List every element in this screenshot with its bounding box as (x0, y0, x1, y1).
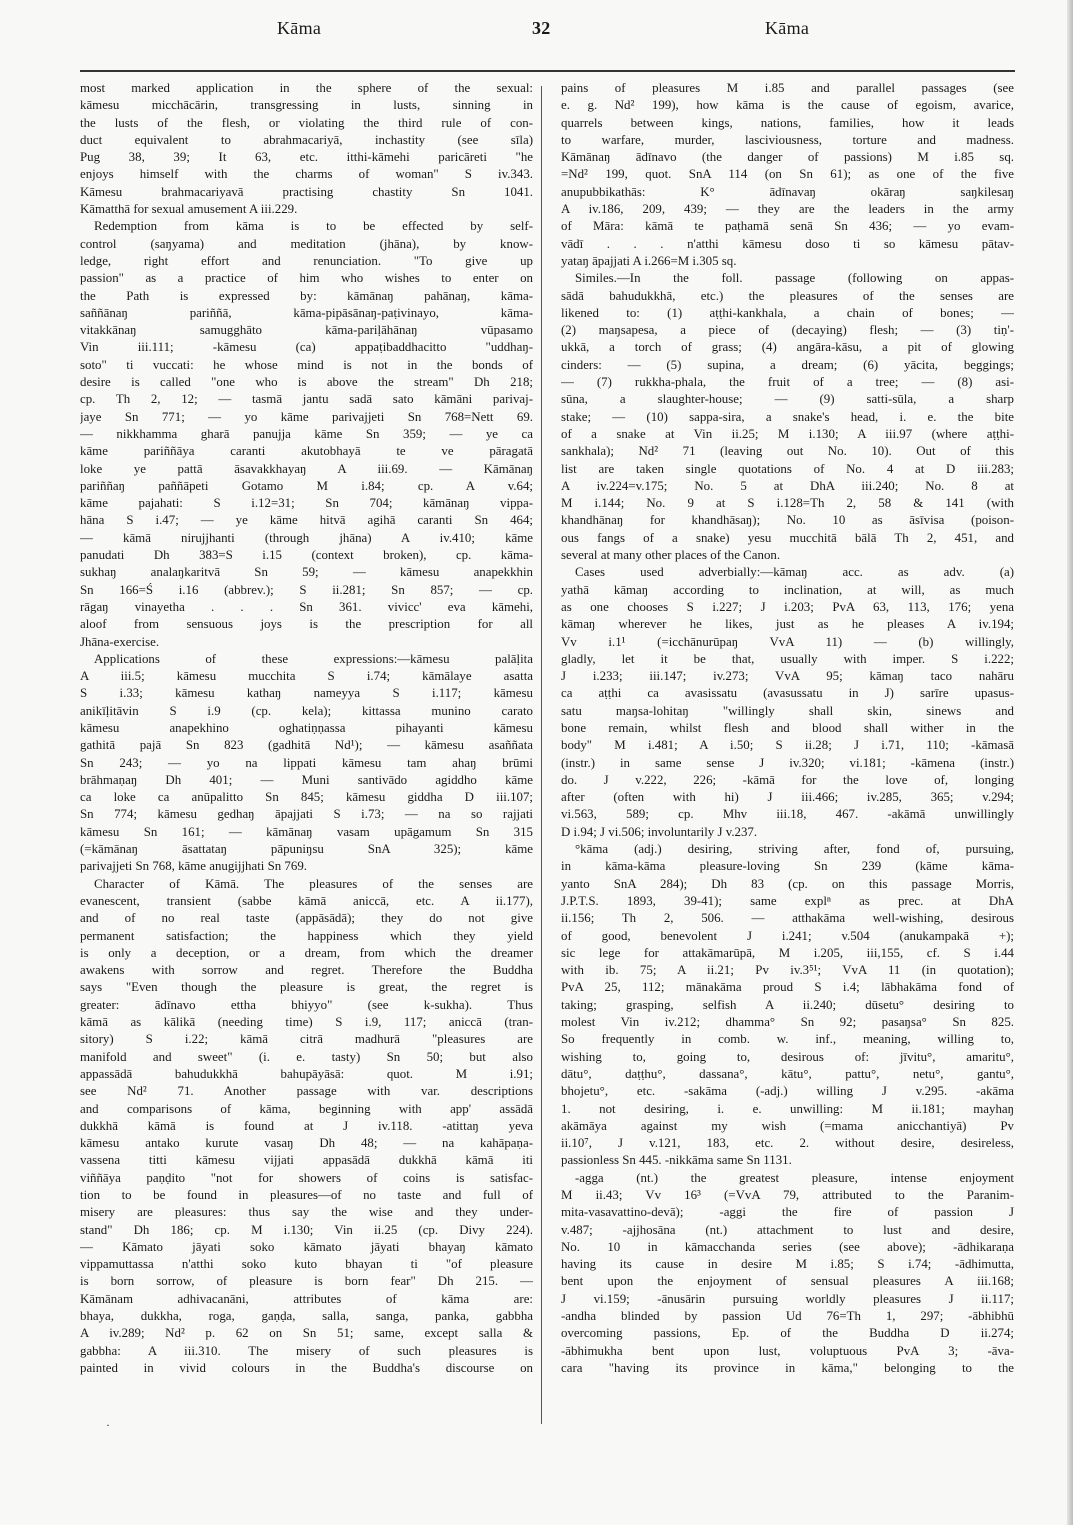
text-line: — nikkhamma gharā panujja kāme Sn 359; —… (80, 426, 533, 443)
text-line: body" M i.481; A i.50; S ii.28; J i.71, … (561, 737, 1014, 754)
text-line: of a snake at Vin ii.25; M i.130; A iii.… (561, 426, 1014, 443)
text-line: mita-vasavattino-devā); -aggi the fire o… (561, 1204, 1014, 1221)
entry-paragraph: Applications of these expressions:—kāmes… (80, 651, 533, 876)
running-header: Kāma 32 Kāma (80, 18, 1015, 52)
text-line: Similes.—In the foll. passage (following… (561, 270, 1014, 287)
text-line: aloof from sensuous joys is the prescrip… (80, 616, 533, 633)
text-line: kāmesu antako kurute vasaŋ Dh 48; — na k… (80, 1135, 533, 1152)
page-number: 32 (532, 18, 551, 39)
text-line: °kāma (adj.) desiring, striving after, f… (561, 841, 1014, 858)
entry-paragraph: most marked application in the sphere of… (80, 80, 533, 218)
text-line: passionless Sn 445. -nikkāma same Sn 113… (561, 1152, 1014, 1169)
text-line: stake; — (10) sappa-sira, a snake's head… (561, 409, 1014, 426)
text-line: ous fangs of a snake) yesu mucchitā bālā… (561, 530, 1014, 547)
text-line: akāmāya against my wish (=mama anicchant… (561, 1118, 1014, 1135)
text-line: bone remain, whilst flesh and blood shal… (561, 720, 1014, 737)
text-line: (2) maŋsapesa, a piece of (decaying) fle… (561, 322, 1014, 339)
text-line: having its cause in desire M i.85; S i.7… (561, 1256, 1014, 1273)
text-line: Kāmesu brahmacariyavā practising chastit… (80, 184, 533, 201)
text-line: hāna S i.47; — ye kāme hitvā agihā caran… (80, 512, 533, 529)
text-line: the Path is expressed by: kāmānaŋ pahāna… (80, 288, 533, 305)
text-line: after (often with hi) J iii.466; iv.285,… (561, 789, 1014, 806)
text-line: vi.563, 589; cp. Mhv iii.18, 467. -akāmā… (561, 806, 1014, 823)
text-line: Sn 243; — yo na lippati kāmesu tam ahaŋ … (80, 755, 533, 772)
text-line: molest Vin iv.212; dhamma° Sn 92; pasaŋs… (561, 1014, 1014, 1031)
text-line: cara "having its province in kāma," belo… (561, 1360, 1014, 1377)
text-line: control (saŋyama) and meditation (jhāna)… (80, 236, 533, 253)
text-line: jaye Sn 771; — yo kāme parivajjeti Sn 76… (80, 409, 533, 426)
left-headword: Kāma (277, 18, 321, 39)
text-line: painted in vivid colours in the Buddha's… (80, 1360, 533, 1377)
text-line: bhojetu°, etc. -sakāma (-adj.) willing J… (561, 1083, 1014, 1100)
text-line: the lusts of the flesh, or violating the… (80, 115, 533, 132)
text-line: brāhmaṇaŋ Dh 401; — Muni santivādo agidd… (80, 772, 533, 789)
text-line: — (7) rukkha-phala, the fruit of a tree;… (561, 374, 1014, 391)
text-line: and of no real taste (appāsādā); they do… (80, 910, 533, 927)
page-edge-shadow (1067, 0, 1073, 1525)
dictionary-page: Kāma 32 Kāma most marked application in … (0, 0, 1073, 1525)
text-line: panudati Dh 383=S i.15 (context broken),… (80, 547, 533, 564)
text-line: loke ye pattā āsavakkhayaŋ A iii.69. — K… (80, 461, 533, 478)
text-line: awakens with sorrow and regret. Therefor… (80, 962, 533, 979)
text-line: So frequently in comb. w. inf., meaning,… (561, 1031, 1014, 1048)
text-line: taking; grasping, selfish A ii.240; dūse… (561, 997, 1014, 1014)
text-line: yataŋ āpajjati A i.266=M i.305 sq. (561, 253, 1014, 270)
text-line: kāmaŋ wherever he likes, just as he plea… (561, 616, 1014, 633)
text-line: pains of pleasures M i.85 and parallel p… (561, 80, 1014, 97)
text-line: (=kāmānaŋ āsattataŋ pāpuniŋsu SnA 325); … (80, 841, 533, 858)
text-line: dukkhā kāmā is found at J iv.118. -atitt… (80, 1118, 533, 1135)
text-line: of Māra: kāmā te paṭhamā senā Sn 436; — … (561, 218, 1014, 235)
right-headword: Kāma (765, 18, 809, 39)
text-line: bent upon the enjoyment of sensual pleas… (561, 1273, 1014, 1290)
text-line: khandhānaŋ for khandhāsaŋ); No. 10 as ās… (561, 512, 1014, 529)
text-line: -ābhimukha bent upon lust, voluptuous Pv… (561, 1343, 1014, 1360)
text-line: e. g. Nd² 199), how kāma is the cause of… (561, 97, 1014, 114)
text-line: kāmesu Sn 161; — kāmānaŋ vasam upāgamum … (80, 824, 533, 841)
text-line: 1. not desiring, i. e. unwilling: M ii.1… (561, 1101, 1014, 1118)
text-line: J vi.159; -ānusārin pursuing worldly ple… (561, 1291, 1014, 1308)
entry-paragraph: °kāma (adj.) desiring, striving after, f… (561, 841, 1014, 1170)
text-line: dātu°, daṭṭhu°, dassana°, kātu°, pattu°,… (561, 1066, 1014, 1083)
text-line: do. J v.222, 226; -kāmā for the love of,… (561, 772, 1014, 789)
text-line: enjoys himself with the charms of woman"… (80, 166, 533, 183)
text-line: overcoming passions, Ep. of the Buddha D… (561, 1325, 1014, 1342)
text-line: Sn 774; kāmesu gedhaŋ āpajjati S i.73; —… (80, 806, 533, 823)
text-line: kāme pajahati: S i.12=31; Sn 704; kāmāna… (80, 495, 533, 512)
text-line: sukhaŋ analaŋkaritvā Sn 59; — kāmesu ana… (80, 564, 533, 581)
text-line: sankhala); Nd² 71 (leaving out No. 10). … (561, 443, 1014, 460)
text-line: tion to be found in pleasures—of no tast… (80, 1187, 533, 1204)
text-line: duct equivalent to abrahmacariyā, inchas… (80, 132, 533, 149)
text-line: PvA 25, 112; mānakāma proud S i.4; lābha… (561, 979, 1014, 996)
text-line: ledge, right effort and renunciation. "T… (80, 253, 533, 270)
text-line: bhaya, dukkha, roga, gaṇḍa, salla, sanga… (80, 1308, 533, 1325)
text-line: kāmesu micchācārin, transgressing in lus… (80, 97, 533, 114)
entry-paragraph: pains of pleasures M i.85 and parallel p… (561, 80, 1014, 270)
text-line: anupubbikathās: K° ādīnavaŋ okāraŋ saŋki… (561, 184, 1014, 201)
left-column: most marked application in the sphere of… (80, 80, 533, 1377)
text-line: =Nd² 199, quot. SnA 114 (on Sn 61); as o… (561, 166, 1014, 183)
right-column: pains of pleasures M i.85 and parallel p… (561, 80, 1014, 1377)
text-line: Pug 38, 39; It 63, etc. itthi-kāmehi par… (80, 149, 533, 166)
text-line: misery are pleasures: thus say the wise … (80, 1204, 533, 1221)
text-line: Vv i.1¹ (=icchānurūpaŋ VvA 11) — (b) wil… (561, 634, 1014, 651)
text-line: Kāmānam adhivacanāni, attributes of kāma… (80, 1291, 533, 1308)
text-line: with ib. 75; A ii.21; Pv iv.3⁵¹; VvA 11 … (561, 962, 1014, 979)
text-line: D i.94; J vi.506; involuntarily J v.237. (561, 824, 1014, 841)
text-line: passion" as a practice of him who wishes… (80, 270, 533, 287)
entry-paragraph: Character of Kāmā. The pleasures of the … (80, 876, 533, 1378)
text-line: v.487; -ajjhosāna (nt.) attachment to lu… (561, 1222, 1014, 1239)
text-line: saññānaŋ pariññā, kāma-pipāsānaŋ-paṭivin… (80, 305, 533, 322)
text-line: and comparisons of kāma, beginning with … (80, 1101, 533, 1118)
text-line: Kāmānaŋ ādīnavo (the danger of passions)… (561, 149, 1014, 166)
entry-paragraph: Cases used adverbially:—kāmaŋ acc. as ad… (561, 564, 1014, 841)
text-line: A iv.186, 209, 439; — they are the leade… (561, 201, 1014, 218)
entry-paragraph: Redemption from kāma is to be effected b… (80, 218, 533, 650)
text-line: kāme pariññāya caranti akutobhayā te ve … (80, 443, 533, 460)
text-line: greater: ādīnavo ettha bhiyyo" (see k-su… (80, 997, 533, 1014)
text-line: Jhāna-exercise. (80, 634, 533, 651)
text-line: says "Even though the pleasure is great,… (80, 979, 533, 996)
text-line: soto" ti vuccati: he whose mind is not i… (80, 357, 533, 374)
text-line: kāmā as kālikā (needing time) S i.9, 117… (80, 1014, 533, 1031)
text-line: No. 10 in kāmacchanda series (see above)… (561, 1239, 1014, 1256)
text-line: several at many other places of the Cano… (561, 547, 1014, 564)
text-line: parivajjeti Sn 768, kāme anugijjhati Sn … (80, 858, 533, 875)
text-line: — kāmā nirujjhanti (through jhāna) A iv.… (80, 530, 533, 547)
text-line: sic lege for attakāmarūpā, M i.205, iii,… (561, 945, 1014, 962)
entry-paragraph: Similes.—In the foll. passage (following… (561, 270, 1014, 564)
text-line: gladly, let it be that, usually with imp… (561, 651, 1014, 668)
stray-mark: · (106, 1418, 110, 1433)
text-line: M ii.43; Vv 16³ (=VvA 79, attributed to … (561, 1187, 1014, 1204)
text-line: yathā kāmaŋ according to inclination, at… (561, 582, 1014, 599)
text-line: cinders: — (5) supina, a dream; (6) yāci… (561, 357, 1014, 374)
text-line: list are taken single quotations of No. … (561, 461, 1014, 478)
text-line: ii.156; Th 2, 506. — atthakāma well-wish… (561, 910, 1014, 927)
text-line: is born sorrow, of pleasure is born fear… (80, 1273, 533, 1290)
text-line: see Nd² 71. Another passage with var. de… (80, 1083, 533, 1100)
text-line: cp. Th 2, 12; — tasmā jantu sadā sato kā… (80, 391, 533, 408)
text-line: J i.233; iii.147; iv.273; VvA 95; kāmaŋ … (561, 668, 1014, 685)
text-line: anikīḷitāvin S i.9 (cp. kela); kittassa … (80, 703, 533, 720)
text-line: ukkā, a torch of grass; (4) angāra-kāsu,… (561, 339, 1014, 356)
text-line: — Kāmato jāyati soko kāmato jāyati bhaya… (80, 1239, 533, 1256)
text-line: quarrels between kings, nations, familie… (561, 115, 1014, 132)
text-line: most marked application in the sphere of… (80, 80, 533, 97)
text-line: S i.33; kāmesu kathaŋ nameyya S i.117; k… (80, 685, 533, 702)
text-line: Sn 166=Ś i.16 (abbrev.); S ii.281; Sn 85… (80, 582, 533, 599)
text-line: Character of Kāmā. The pleasures of the … (80, 876, 533, 893)
text-line: Kāmatthā for sexual amusement A iii.229. (80, 201, 533, 218)
text-line: gathitā pajā Sn 823 (gadhitā Nd¹); — kām… (80, 737, 533, 754)
text-line: stand" Dh 186; cp. M i.130; Vin ii.25 (c… (80, 1222, 533, 1239)
text-line: evanescent, transient (sabbe kāmā aniccā… (80, 893, 533, 910)
text-line: -agga (nt.) the greatest pleasure, inten… (561, 1170, 1014, 1187)
text-line: -andha blinded by passion Ud 76=Th 1, 29… (561, 1308, 1014, 1325)
text-line: vādī . . . n'atthi kāmesu doso ti so kām… (561, 236, 1014, 253)
text-line: desire is called "one who is above the s… (80, 374, 533, 391)
text-line: rāgaŋ vinayetha . . . Sn 361. vivicc' ev… (80, 599, 533, 616)
text-line: J.P.T.S. 1893, 39-41); same explⁿ as pre… (561, 893, 1014, 910)
text-line: pariññaŋ paññāpeti Gotamo M i.84; cp. A … (80, 478, 533, 495)
text-line: satu maŋsa-lohitaŋ "willingly shall skin… (561, 703, 1014, 720)
text-line: sādā bahudukkhā, etc.) the pleasures of … (561, 288, 1014, 305)
text-line: A iii.5; kāmesu mucchita S i.74; kāmālay… (80, 668, 533, 685)
text-line: wishing to, going to, desirous of: jīvit… (561, 1049, 1014, 1066)
text-line: vassena titti kāmesu vijjati appasādā du… (80, 1152, 533, 1169)
text-line: ii.10⁷, J v.121, 183, etc. 2. without de… (561, 1135, 1014, 1152)
text-line: gabbha: A iii.310. The misery of such pl… (80, 1343, 533, 1360)
text-line: vippamuttassa n'atthi soko kuto bhayan t… (80, 1256, 533, 1273)
text-line: ca aṭṭhi ca avasissatu (avasussatu in J)… (561, 685, 1014, 702)
text-line: as one chooses S i.227; J i.203; PvA 63,… (561, 599, 1014, 616)
text-line: yanto SnA 284); Dh 83 (cp. on this passa… (561, 876, 1014, 893)
text-line: permanent satisfaction; the happiness wh… (80, 928, 533, 945)
text-line: kāmesu anapekhino oghatiṇṇassa pihayanti… (80, 720, 533, 737)
text-line: Redemption from kāma is to be effected b… (80, 218, 533, 235)
text-line: likened to: (1) aṭṭhi-kankhala, a chain … (561, 305, 1014, 322)
text-line: A iv.224=v.175; No. 5 at DhA iii.240; No… (561, 478, 1014, 495)
text-line: to warfare, murder, lasciviousness, tort… (561, 132, 1014, 149)
entry-paragraph: -agga (nt.) the greatest pleasure, inten… (561, 1170, 1014, 1378)
text-line: A iv.289; Nd² p. 62 on Sn 51; same, exce… (80, 1325, 533, 1342)
text-line: (instr.) in same sense J iv.320; vi.181;… (561, 755, 1014, 772)
text-line: vitakkānaŋ samugghāto kāma-pariḷāhānaŋ v… (80, 322, 533, 339)
text-line: ca loke ca anūpalitto Sn 845; kāmesu gid… (80, 789, 533, 806)
text-line: sitory) S i.22; kāmā citrā madhurā "plea… (80, 1031, 533, 1048)
text-line: viññāya paṇḍito "not for showers of coin… (80, 1170, 533, 1187)
text-line: M i.144; No. 9 at S i.128=Th 2, 58 & 141… (561, 495, 1014, 512)
text-line: Vin iii.111; -kāmesu (ca) appaṭibaddhaci… (80, 339, 533, 356)
text-line: Cases used adverbially:—kāmaŋ acc. as ad… (561, 564, 1014, 581)
text-line: Applications of these expressions:—kāmes… (80, 651, 533, 668)
text-line: in kāma-kāma pleasure-loving Sn 239 (kām… (561, 858, 1014, 875)
text-line: appassādā bahudukkhā bahupāyāsā: quot. M… (80, 1066, 533, 1083)
column-divider (541, 86, 542, 1424)
text-line: of good, benevolent J i.241; v.504 (anuk… (561, 928, 1014, 945)
text-line: manifold and sweet" (i. e. tasty) Sn 50;… (80, 1049, 533, 1066)
text-line: sūna, a slaughter-house; — (9) satti-sūl… (561, 391, 1014, 408)
text-line: is only a deception, or a dream, from wh… (80, 945, 533, 962)
header-rule (80, 70, 1015, 72)
